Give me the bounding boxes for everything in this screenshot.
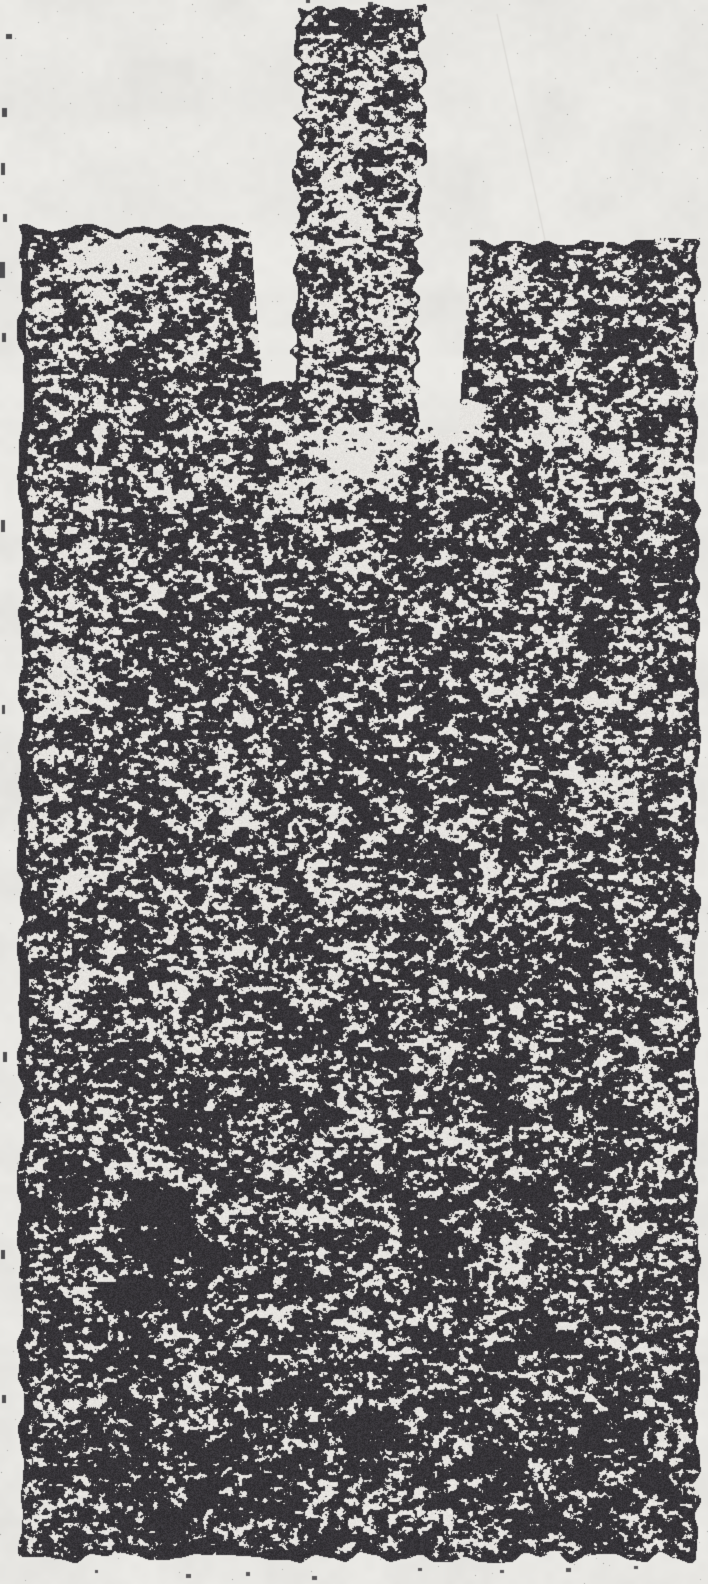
photocopy-page [0, 0, 708, 1584]
specimen-plate-halftone-image [0, 0, 708, 1584]
